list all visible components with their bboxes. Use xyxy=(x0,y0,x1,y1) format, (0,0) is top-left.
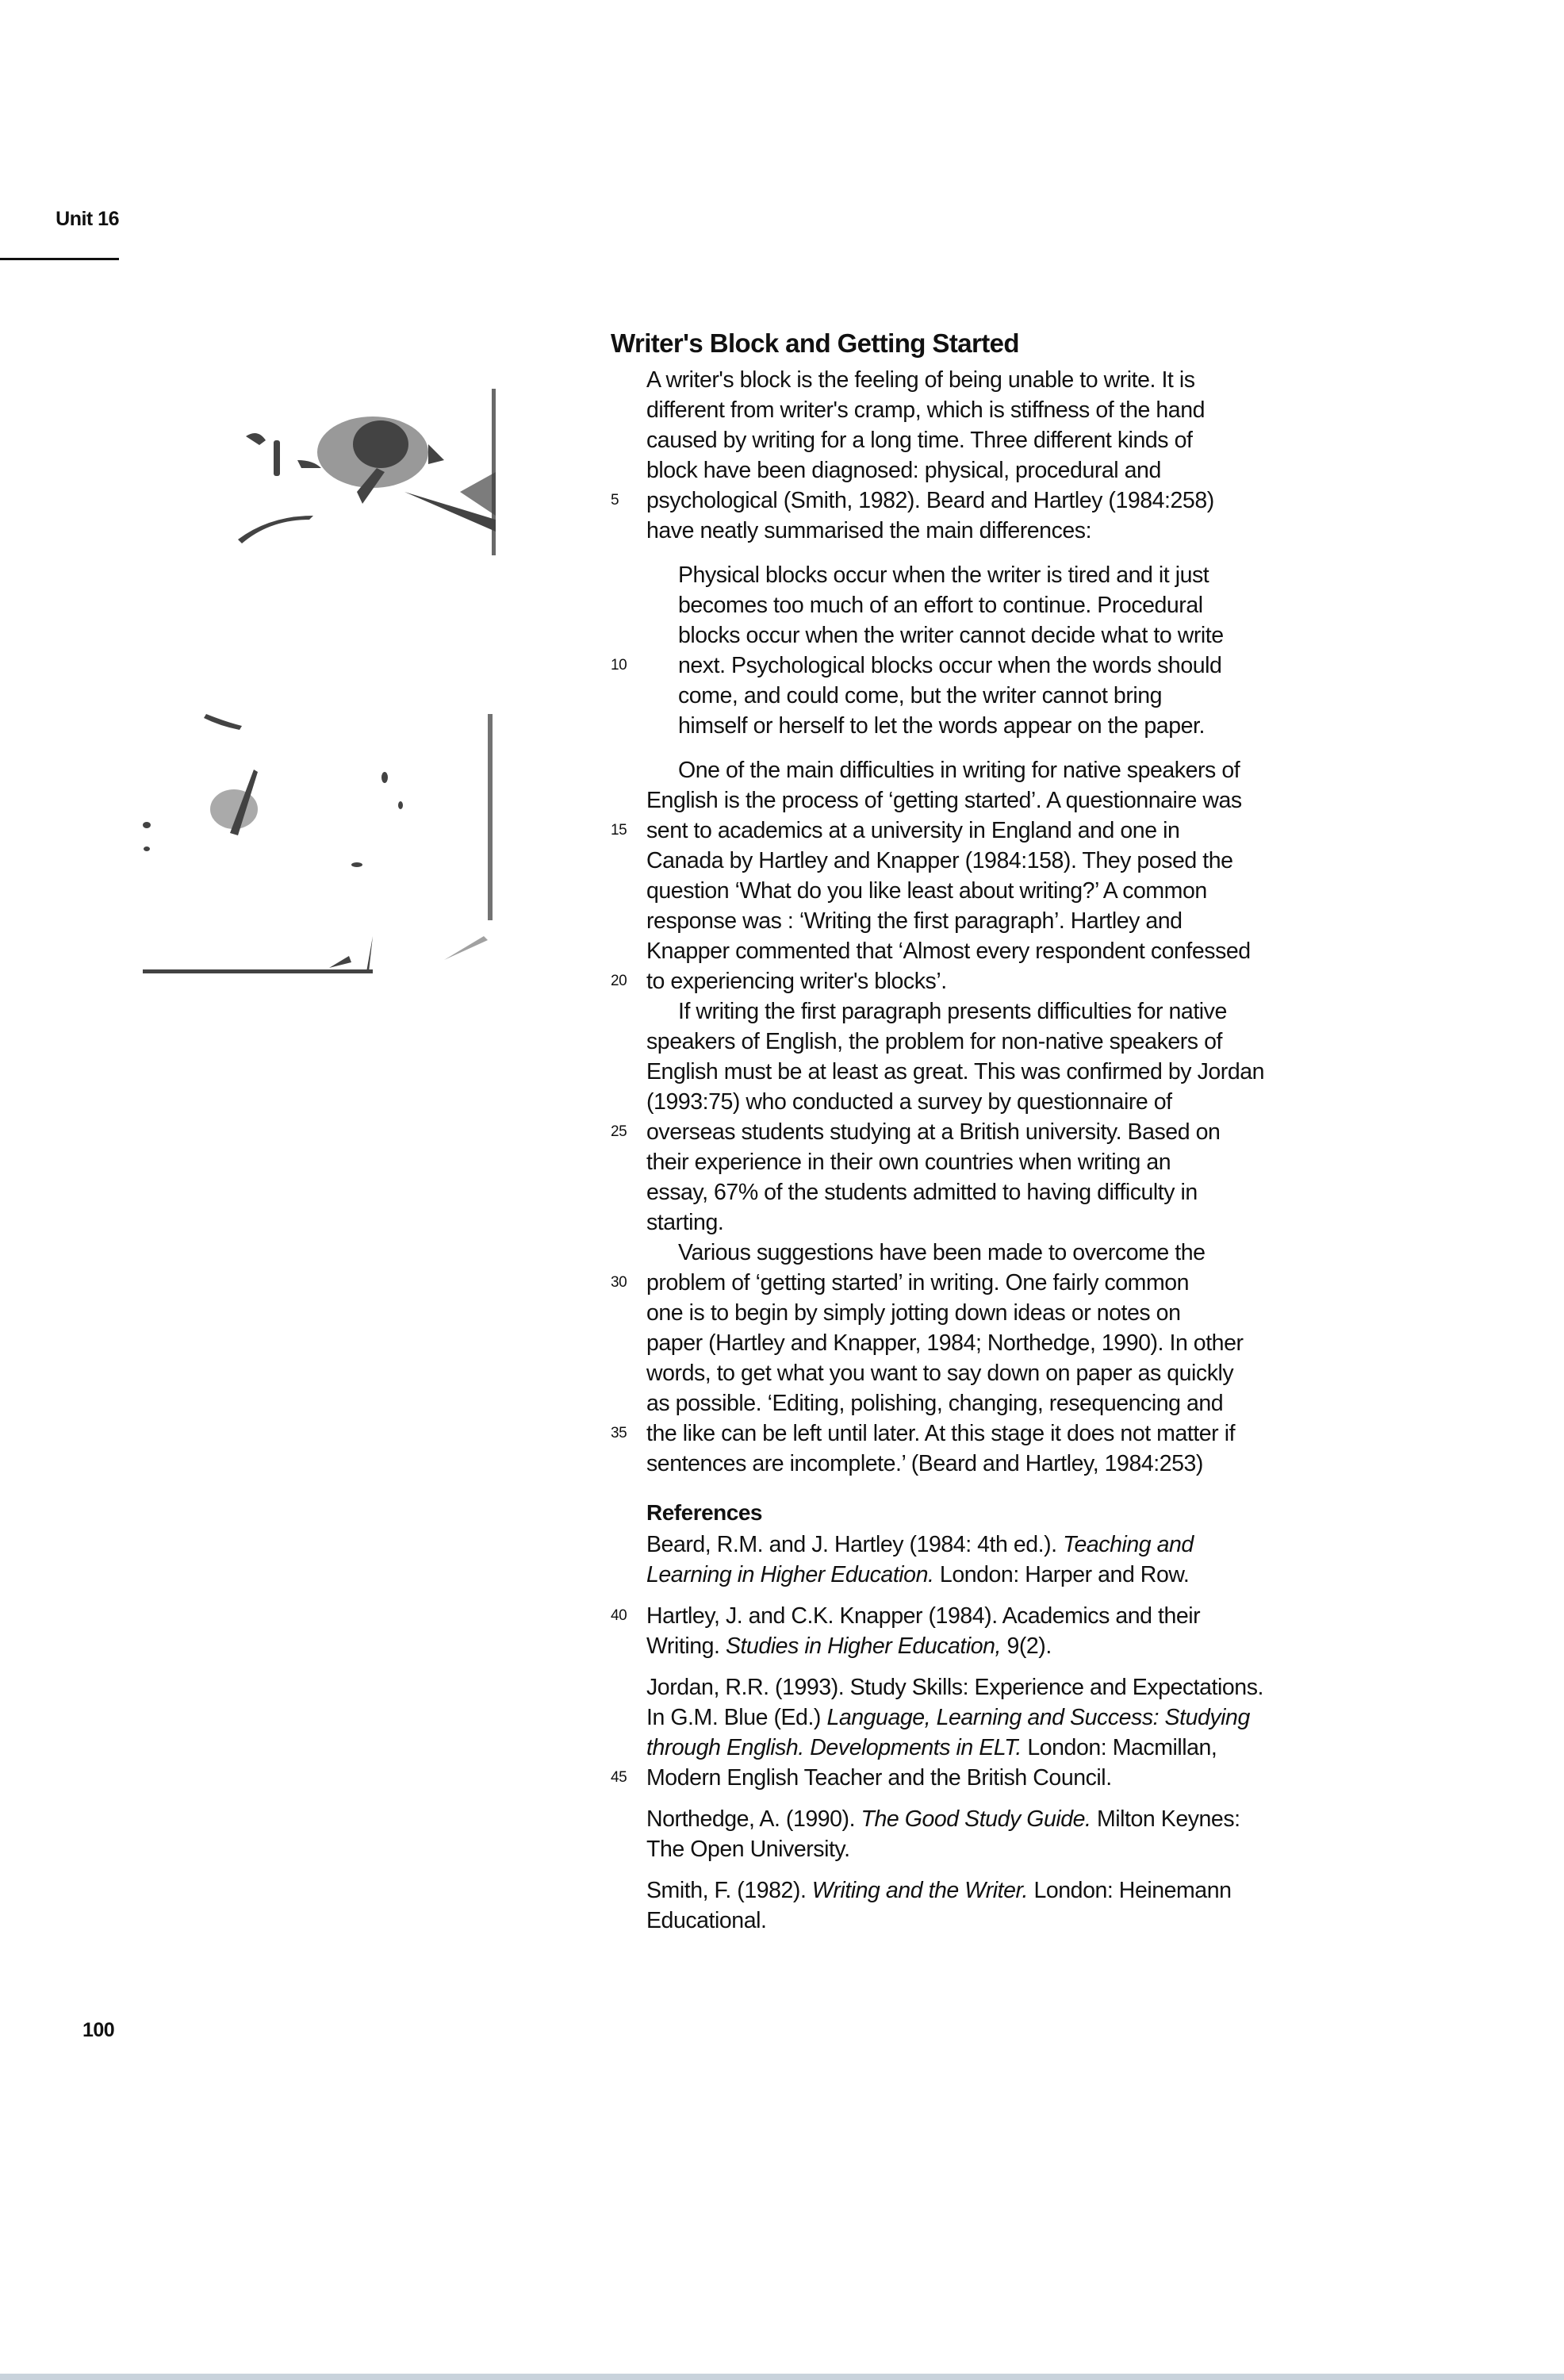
line-text: (1993:75) who conducted a survey by ques… xyxy=(646,1089,1172,1115)
line-text: come, and could come, but the writer can… xyxy=(678,683,1162,708)
line-number: 25 xyxy=(611,1117,641,1147)
reference-text: Smith, F. (1982). xyxy=(646,1878,812,1903)
text-line: 35the like can be left until later. At t… xyxy=(611,1418,1324,1449)
text-line: essay, 67% of the students admitted to h… xyxy=(611,1177,1324,1207)
quote-line: 10next. Psychological blocks occur when … xyxy=(611,651,1324,681)
line-text: Knapper commented that ‘Almost every res… xyxy=(646,939,1251,964)
reference-line: Smith, F. (1982). Writing and the Writer… xyxy=(611,1875,1324,1906)
line-text: different from writer's cramp, which is … xyxy=(646,397,1205,423)
text-line: speakers of English, the problem for non… xyxy=(611,1027,1324,1057)
reference-text: The Open University. xyxy=(646,1837,850,1862)
reference-line: 40Hartley, J. and C.K. Knapper (1984). A… xyxy=(611,1601,1324,1631)
line-text: speakers of English, the problem for non… xyxy=(646,1029,1222,1054)
line-number: 15 xyxy=(611,816,641,846)
line-text: one is to begin by simply jotting down i… xyxy=(646,1300,1180,1326)
reference-title: through English. Developments in ELT. xyxy=(646,1735,1022,1760)
line-text: Various suggestions have been made to ov… xyxy=(646,1240,1206,1265)
reference-text: Educational. xyxy=(646,1908,766,1933)
line-text: block have been diagnosed: physical, pro… xyxy=(646,458,1161,483)
reference-line: through English. Developments in ELT. Lo… xyxy=(611,1733,1324,1763)
line-text: starting. xyxy=(646,1210,723,1235)
line-text: sent to academics at a university in Eng… xyxy=(646,818,1179,843)
line-number: 45 xyxy=(611,1763,641,1793)
text-line: words, to get what you want to say down … xyxy=(611,1358,1324,1388)
article: Writer's Block and Getting Started A wri… xyxy=(611,325,1324,1947)
text-line: 15sent to academics at a university in E… xyxy=(611,816,1324,846)
quote-line: Physical blocks occur when the writer is… xyxy=(611,560,1324,590)
text-line: response was : ‘Writing the first paragr… xyxy=(611,906,1324,936)
unit-header: Unit 16 xyxy=(0,208,119,249)
reference-title: Language, Learning and Success: Studying xyxy=(826,1705,1249,1730)
photo-illustration-icon xyxy=(143,357,555,984)
reference-entry: Jordan, R.R. (1993). Study Skills: Exper… xyxy=(611,1672,1324,1793)
reference-text: Writing. xyxy=(646,1633,726,1659)
text-line: 5psychological (Smith, 1982). Beard and … xyxy=(611,486,1324,516)
reference-title: Teaching and xyxy=(1063,1532,1194,1557)
text-line: one is to begin by simply jotting down i… xyxy=(611,1298,1324,1328)
text-line: starting. xyxy=(611,1207,1324,1238)
text-line: caused by writing for a long time. Three… xyxy=(611,425,1324,455)
quote-line: becomes too much of an effort to continu… xyxy=(611,590,1324,620)
line-text: overseas students studying at a British … xyxy=(646,1119,1220,1145)
text-line: Canada by Hartley and Knapper (1984:158)… xyxy=(611,846,1324,876)
article-title: Writer's Block and Getting Started xyxy=(611,325,1324,362)
text-line: One of the main difficulties in writing … xyxy=(611,755,1324,785)
reference-text: Northedge, A. (1990). xyxy=(646,1806,861,1832)
page-number: 100 xyxy=(82,2019,114,2042)
references-list: Beard, R.M. and J. Hartley (1984: 4th ed… xyxy=(611,1530,1324,1947)
line-number: 5 xyxy=(611,486,641,516)
reference-entry: Smith, F. (1982). Writing and the Writer… xyxy=(611,1875,1324,1936)
reference-text: London: Macmillan, xyxy=(1022,1735,1217,1760)
text-line: paper (Hartley and Knapper, 1984; Northe… xyxy=(611,1328,1324,1358)
line-text: question ‘What do you like least about w… xyxy=(646,878,1207,904)
line-text: have neatly summarised the main differen… xyxy=(646,518,1091,543)
text-line: have neatly summarised the main differen… xyxy=(611,516,1324,546)
text-line: (1993:75) who conducted a survey by ques… xyxy=(611,1087,1324,1117)
text-line: English must be at least as great. This … xyxy=(611,1057,1324,1087)
line-text: sentences are incomplete.’ (Beard and Ha… xyxy=(646,1451,1203,1476)
reference-line: Northedge, A. (1990). The Good Study Gui… xyxy=(611,1804,1324,1834)
text-line: English is the process of ‘getting start… xyxy=(611,785,1324,816)
line-text: to experiencing writer's blocks’. xyxy=(646,969,947,994)
text-line: as possible. ‘Editing, polishing, changi… xyxy=(611,1388,1324,1418)
reference-text: Jordan, R.R. (1993). Study Skills: Exper… xyxy=(646,1675,1263,1700)
quote-line: himself or herself to let the words appe… xyxy=(611,711,1324,741)
text-line: their experience in their own countries … xyxy=(611,1147,1324,1177)
reference-text: Milton Keynes: xyxy=(1091,1806,1240,1832)
reference-text: 9(2). xyxy=(1001,1633,1052,1659)
line-text: A writer's block is the feeling of being… xyxy=(646,367,1195,393)
text-line: Knapper commented that ‘Almost every res… xyxy=(611,936,1324,966)
line-text: Canada by Hartley and Knapper (1984:158)… xyxy=(646,848,1233,873)
reference-text: Modern English Teacher and the British C… xyxy=(646,1765,1112,1791)
reference-text: London: Heinemann xyxy=(1028,1878,1232,1903)
article-photo xyxy=(143,357,555,984)
reference-line: In G.M. Blue (Ed.) Language, Learning an… xyxy=(611,1702,1324,1733)
line-text: One of the main difficulties in writing … xyxy=(646,758,1240,783)
reference-line: Learning in Higher Education. London: Ha… xyxy=(611,1560,1324,1590)
line-text: psychological (Smith, 1982). Beard and H… xyxy=(646,488,1214,513)
reference-text: Hartley, J. and C.K. Knapper (1984). Aca… xyxy=(646,1603,1200,1629)
line-text: caused by writing for a long time. Three… xyxy=(646,428,1192,453)
reference-title: Learning in Higher Education. xyxy=(646,1562,933,1587)
reference-line: Writing. Studies in Higher Education, 9(… xyxy=(611,1631,1324,1661)
line-text: himself or herself to let the words appe… xyxy=(678,713,1205,739)
text-line: different from writer's cramp, which is … xyxy=(611,395,1324,425)
line-text: problem of ‘getting started’ in writing.… xyxy=(646,1270,1189,1296)
text-line: Various suggestions have been made to ov… xyxy=(611,1238,1324,1268)
reference-line: Educational. xyxy=(611,1906,1324,1936)
line-text: If writing the first paragraph presents … xyxy=(646,999,1227,1024)
text-line: 30problem of ‘getting started’ in writin… xyxy=(611,1268,1324,1298)
reference-title: Studies in Higher Education, xyxy=(726,1633,1001,1659)
reference-line: Beard, R.M. and J. Hartley (1984: 4th ed… xyxy=(611,1530,1324,1560)
line-text: response was : ‘Writing the first paragr… xyxy=(646,908,1183,934)
line-text: their experience in their own countries … xyxy=(646,1150,1171,1175)
references-heading: References xyxy=(611,1496,1324,1530)
line-number: 40 xyxy=(611,1601,641,1631)
reference-title: Writing and the Writer. xyxy=(812,1878,1028,1903)
reference-entry: 40Hartley, J. and C.K. Knapper (1984). A… xyxy=(611,1601,1324,1661)
line-number: 30 xyxy=(611,1268,641,1298)
line-text: blocks occur when the writer cannot deci… xyxy=(678,623,1224,648)
reference-line: Jordan, R.R. (1993). Study Skills: Exper… xyxy=(611,1672,1324,1702)
quote-line: come, and could come, but the writer can… xyxy=(611,681,1324,711)
text-line: block have been diagnosed: physical, pro… xyxy=(611,455,1324,486)
line-text: English must be at least as great. This … xyxy=(646,1059,1264,1084)
line-text: the like can be left until later. At thi… xyxy=(646,1421,1235,1446)
line-text: paper (Hartley and Knapper, 1984; Northe… xyxy=(646,1330,1244,1356)
line-number: 35 xyxy=(611,1418,641,1449)
unit-label: Unit 16 xyxy=(56,208,119,231)
reference-text: In G.M. Blue (Ed.) xyxy=(646,1705,826,1730)
reference-line: The Open University. xyxy=(611,1834,1324,1864)
text-line: sentences are incomplete.’ (Beard and Ha… xyxy=(611,1449,1324,1479)
line-number: 20 xyxy=(611,966,641,996)
line-text: becomes too much of an effort to continu… xyxy=(678,593,1203,618)
viewer-bottom-edge xyxy=(0,2374,1564,2380)
quote-line: blocks occur when the writer cannot deci… xyxy=(611,620,1324,651)
line-text: essay, 67% of the students admitted to h… xyxy=(646,1180,1198,1205)
line-text: as possible. ‘Editing, polishing, changi… xyxy=(646,1391,1223,1416)
line-text: Physical blocks occur when the writer is… xyxy=(678,562,1209,588)
line-number: 10 xyxy=(611,651,641,681)
text-line: A writer's block is the feeling of being… xyxy=(611,365,1324,395)
text-line: 20to experiencing writer's blocks’. xyxy=(611,966,1324,996)
reference-title: The Good Study Guide. xyxy=(861,1806,1091,1832)
line-text: next. Psychological blocks occur when th… xyxy=(678,653,1221,678)
text-line: 25overseas students studying at a Britis… xyxy=(611,1117,1324,1147)
line-text: English is the process of ‘getting start… xyxy=(646,788,1242,813)
reference-entry: Northedge, A. (1990). The Good Study Gui… xyxy=(611,1804,1324,1864)
reference-text: Beard, R.M. and J. Hartley (1984: 4th ed… xyxy=(646,1532,1063,1557)
header-rule xyxy=(0,258,119,260)
reference-line: 45Modern English Teacher and the British… xyxy=(611,1763,1324,1793)
text-line: If writing the first paragraph presents … xyxy=(611,996,1324,1027)
reference-entry: Beard, R.M. and J. Hartley (1984: 4th ed… xyxy=(611,1530,1324,1590)
article-body: A writer's block is the feeling of being… xyxy=(611,365,1324,1479)
reference-text: London: Harper and Row. xyxy=(933,1562,1189,1587)
text-line: question ‘What do you like least about w… xyxy=(611,876,1324,906)
line-text: words, to get what you want to say down … xyxy=(646,1361,1233,1386)
